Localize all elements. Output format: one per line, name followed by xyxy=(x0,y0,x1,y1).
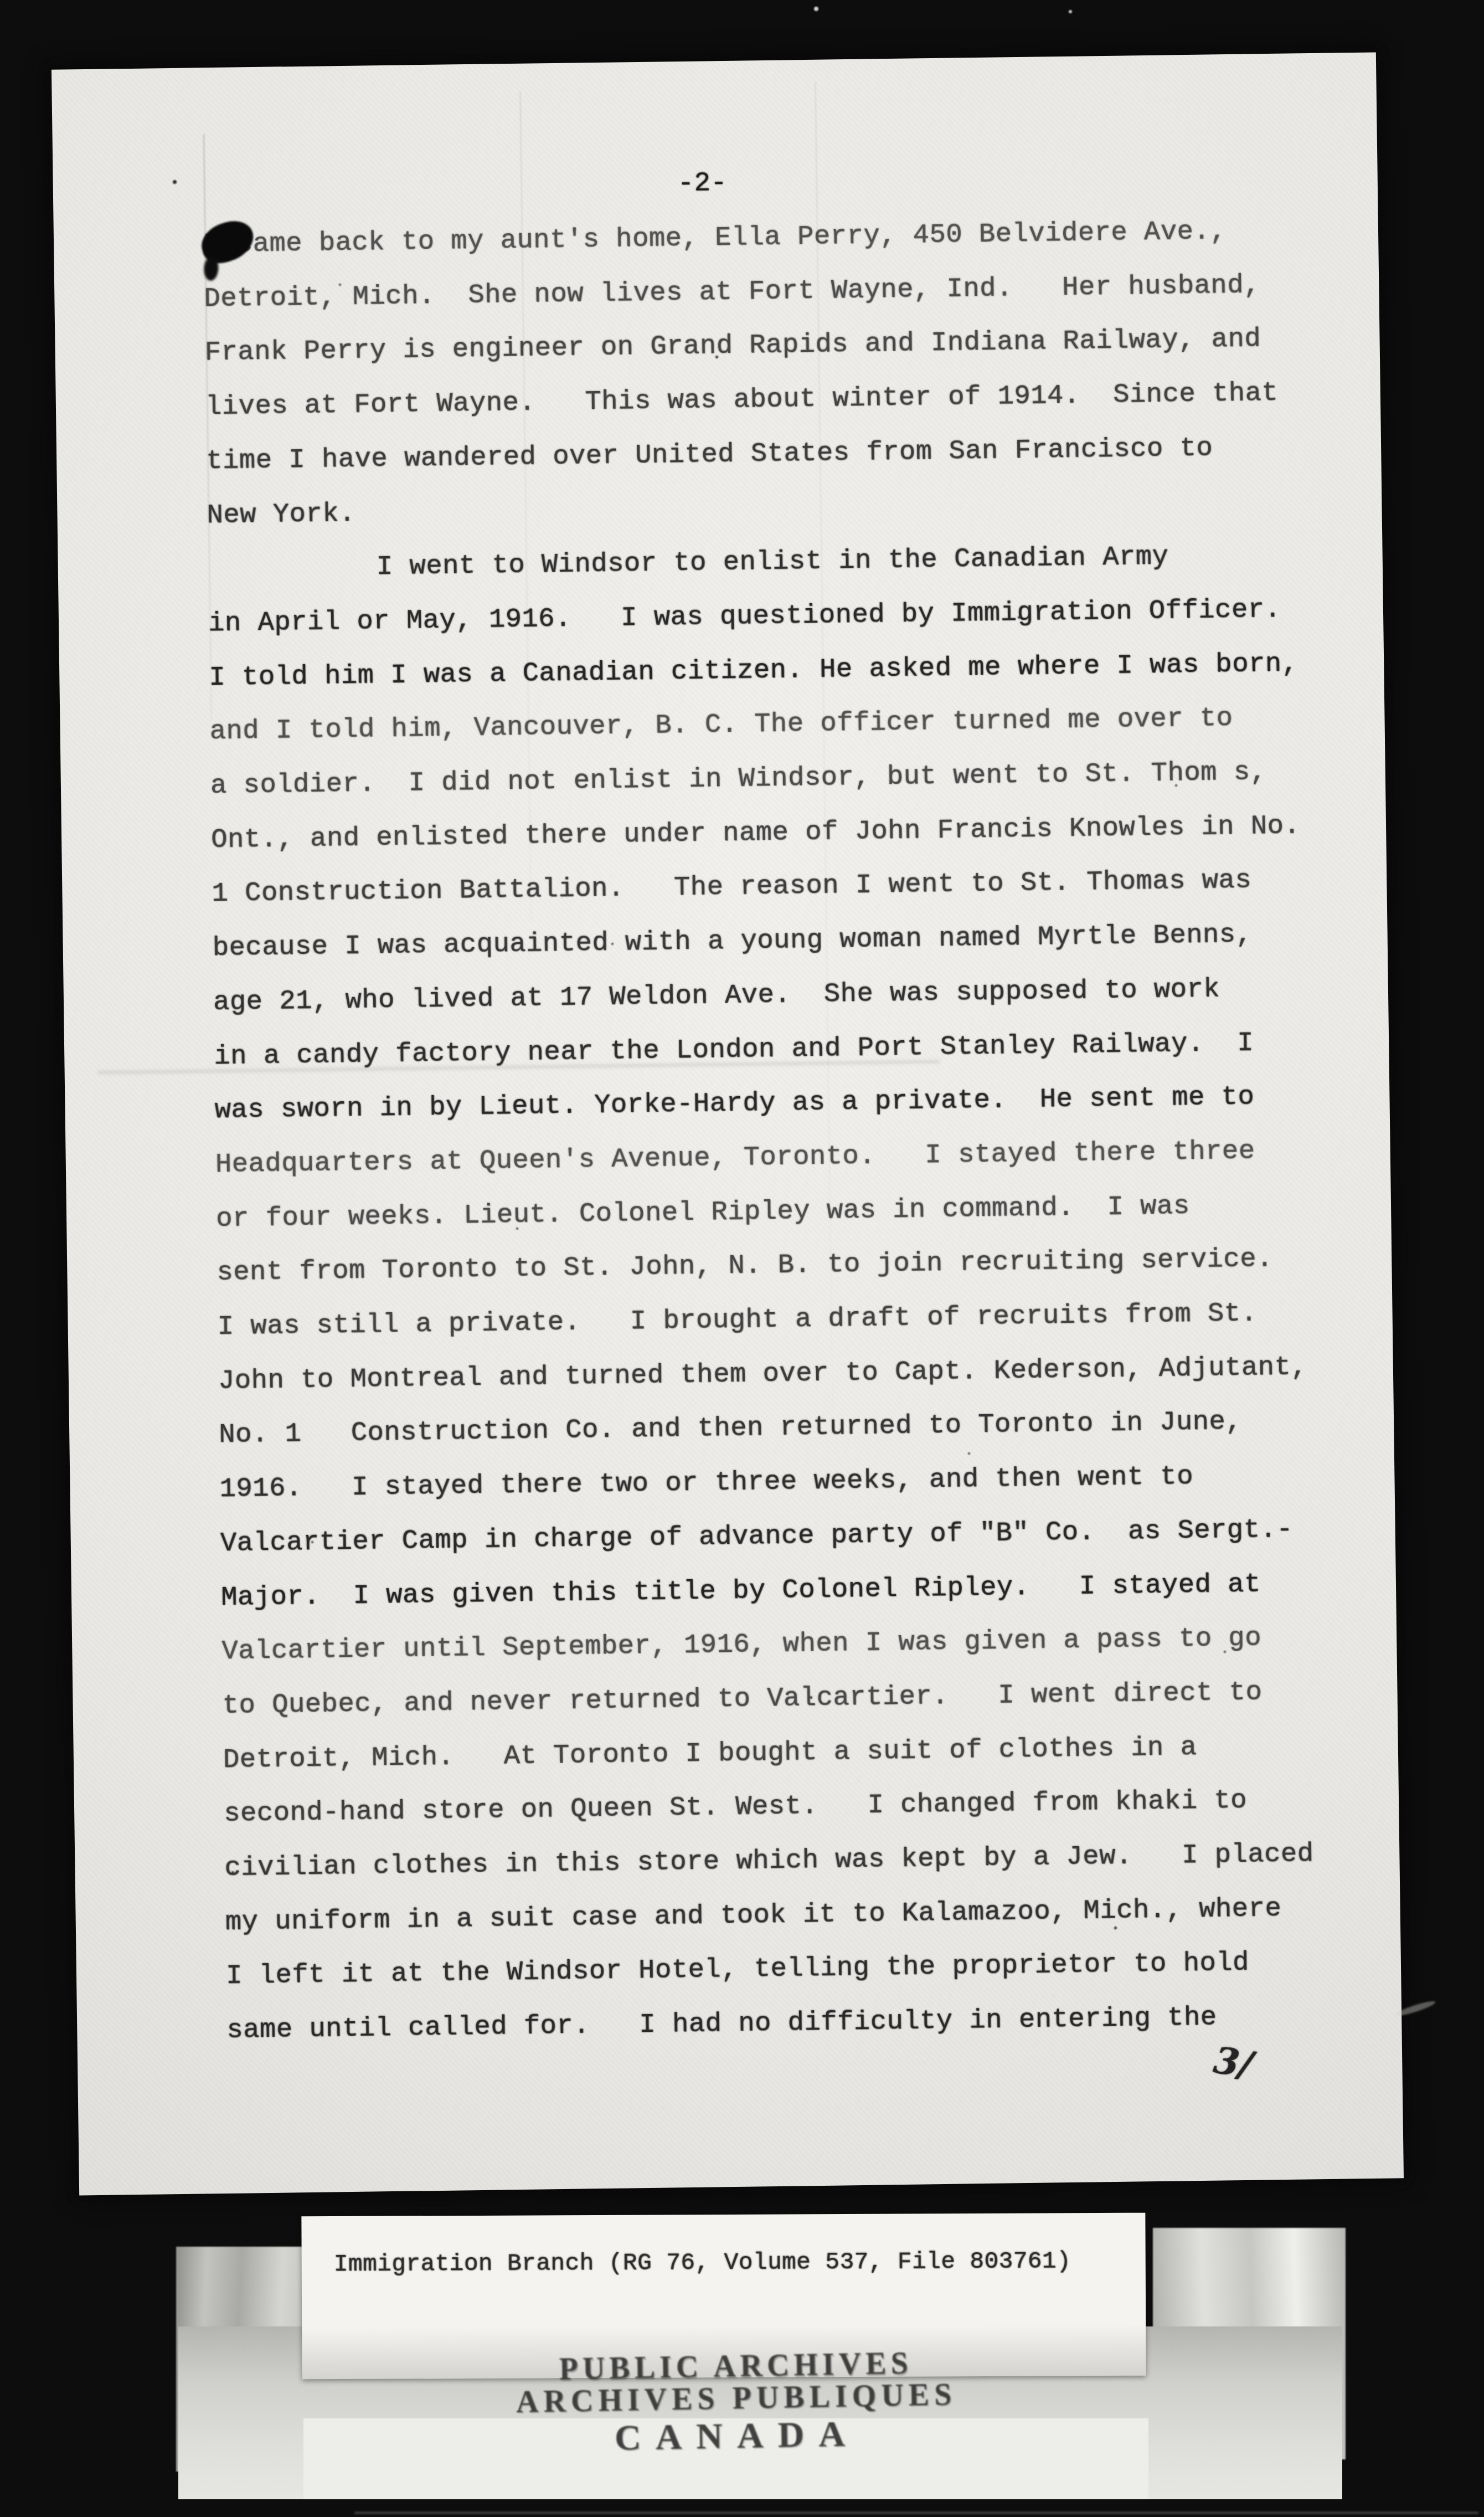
dust-speck xyxy=(339,284,341,286)
dust-speck xyxy=(173,180,177,184)
typed-line: second-hand store on Queen St. West. I c… xyxy=(224,1784,1248,1830)
typed-line: I was still a private. I brought a draft… xyxy=(217,1297,1257,1343)
typed-line: sent from Toronto to St. John, N. B. to … xyxy=(217,1242,1273,1288)
typed-line: or four weeks. Lieut. Colonel Ripley was… xyxy=(216,1190,1190,1235)
dust-speck xyxy=(810,1696,812,1699)
typed-line: Detroit, Mich. She now lives at Fort Way… xyxy=(204,269,1260,315)
typed-line: New York. xyxy=(207,497,355,531)
typed-line: to Quebec, and never returned to Valcart… xyxy=(222,1676,1262,1722)
typed-line: I went to Windsor to enlist in the Canad… xyxy=(376,541,1168,583)
typed-text-block: I came back to my aunt's home, Ella Perr… xyxy=(51,53,1376,70)
typed-line: 1 Construction Battalion. The reason I w… xyxy=(212,864,1251,910)
typed-line: Headquarters at Queen's Avenue, Toronto.… xyxy=(215,1134,1255,1180)
typed-line: Detroit, Mich. At Toronto I bought a sui… xyxy=(223,1731,1197,1776)
dust-speck xyxy=(1114,1927,1117,1929)
dust-speck xyxy=(611,943,614,945)
typed-line: No. 1 Construction Co. and then returned… xyxy=(219,1405,1243,1451)
typed-line: I left it at the Windsor Hotel, telling … xyxy=(226,1946,1250,1992)
typed-line: Valcartier Camp in charge of advance par… xyxy=(220,1513,1293,1559)
dust-speck xyxy=(1069,10,1072,13)
document-page: -2- I came back to my aunt's home, Ella … xyxy=(51,53,1404,2196)
typed-line: a soldier. I did not enlist in Windsor, … xyxy=(210,756,1267,802)
typed-line: time I have wandered over United States … xyxy=(206,432,1213,477)
dust-speck xyxy=(311,1541,313,1543)
typed-line: in a candy factory near the London and P… xyxy=(214,1026,1254,1072)
dust-speck xyxy=(1224,1651,1226,1653)
scan-edge-line xyxy=(354,2511,1478,2514)
scanned-archive-page: -2- I came back to my aunt's home, Ella … xyxy=(0,0,1484,2517)
typed-line: same until called for. I had no difficul… xyxy=(226,2001,1217,2046)
typed-line: Frank Perry is engineer on Grand Rapids … xyxy=(204,323,1261,369)
page-number: -2- xyxy=(677,167,727,199)
dust-speck xyxy=(715,356,718,358)
archive-reference-text: Immigration Branch (RG 76, Volume 537, F… xyxy=(334,2247,1071,2278)
typed-line: 1916. I stayed there two or three weeks,… xyxy=(219,1460,1193,1505)
typed-line: my uniform in a suit case and took it to… xyxy=(225,1892,1281,1938)
typed-line: because I was acquainted with a young wo… xyxy=(212,918,1252,964)
dust-speck xyxy=(1018,616,1021,619)
typed-line: was sworn in by Lieut. Yorke-Hardy as a … xyxy=(214,1081,1254,1127)
typed-line: civilian clothes in this store which was… xyxy=(224,1837,1314,1884)
typed-line: age 21, who lived at 17 Weldon Ave. She … xyxy=(213,973,1220,1018)
typed-line: in April or May, 1916. I was questioned … xyxy=(208,593,1281,639)
typed-line: I came back to my aunt's home, Ella Perr… xyxy=(203,215,1227,260)
dust-speck xyxy=(814,7,818,11)
typed-line: lives at Fort Wayne. This was about wint… xyxy=(205,377,1279,423)
typed-line: and I told him, Vancouver, B. C. The off… xyxy=(209,702,1233,747)
typed-line: Ont., and enlisted there under name of J… xyxy=(211,809,1301,856)
typed-line: John to Montreal and turned them over to… xyxy=(218,1350,1308,1397)
public-archives-stamp: PUBLIC ARCHIVES ARCHIVES PUBLIQUES CANAD… xyxy=(431,2343,1042,2475)
typed-line: Valcartier until September, 1916, when I… xyxy=(221,1622,1261,1668)
dust-speck xyxy=(968,1452,970,1455)
dust-speck xyxy=(1175,784,1177,787)
dust-speck xyxy=(516,1227,518,1230)
dust-speck xyxy=(231,1871,234,1874)
typed-line: I told him I was a Canadian citizen. He … xyxy=(209,647,1298,694)
handwritten-corner-note: 3/ xyxy=(1211,2038,1255,2087)
typed-line: Major. I was given this title by Colonel… xyxy=(221,1568,1261,1614)
